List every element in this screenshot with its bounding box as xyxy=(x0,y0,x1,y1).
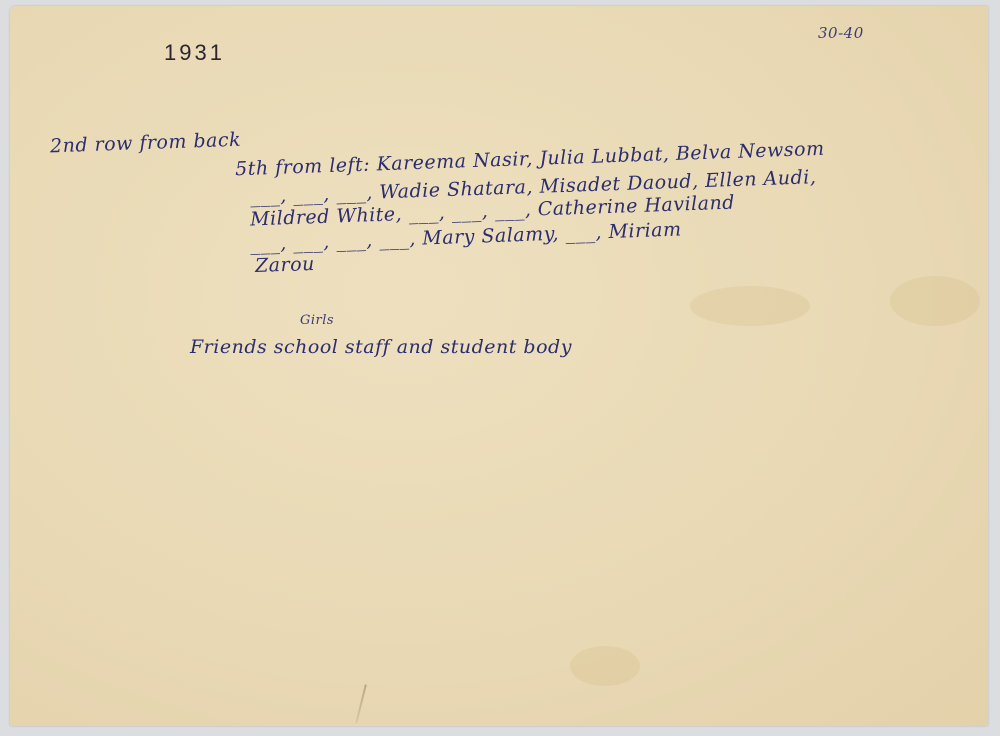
reference-number: 30-40 xyxy=(818,24,864,42)
paper-sheet xyxy=(10,6,988,726)
caret-insertion: Girls xyxy=(300,313,334,328)
stain xyxy=(570,646,640,686)
stain xyxy=(890,276,980,326)
photo-caption: Friends school staff and student body xyxy=(190,336,572,358)
stain xyxy=(690,286,810,326)
year-annotation: 1931 xyxy=(164,40,225,66)
names-line-5: Zarou xyxy=(255,253,316,277)
